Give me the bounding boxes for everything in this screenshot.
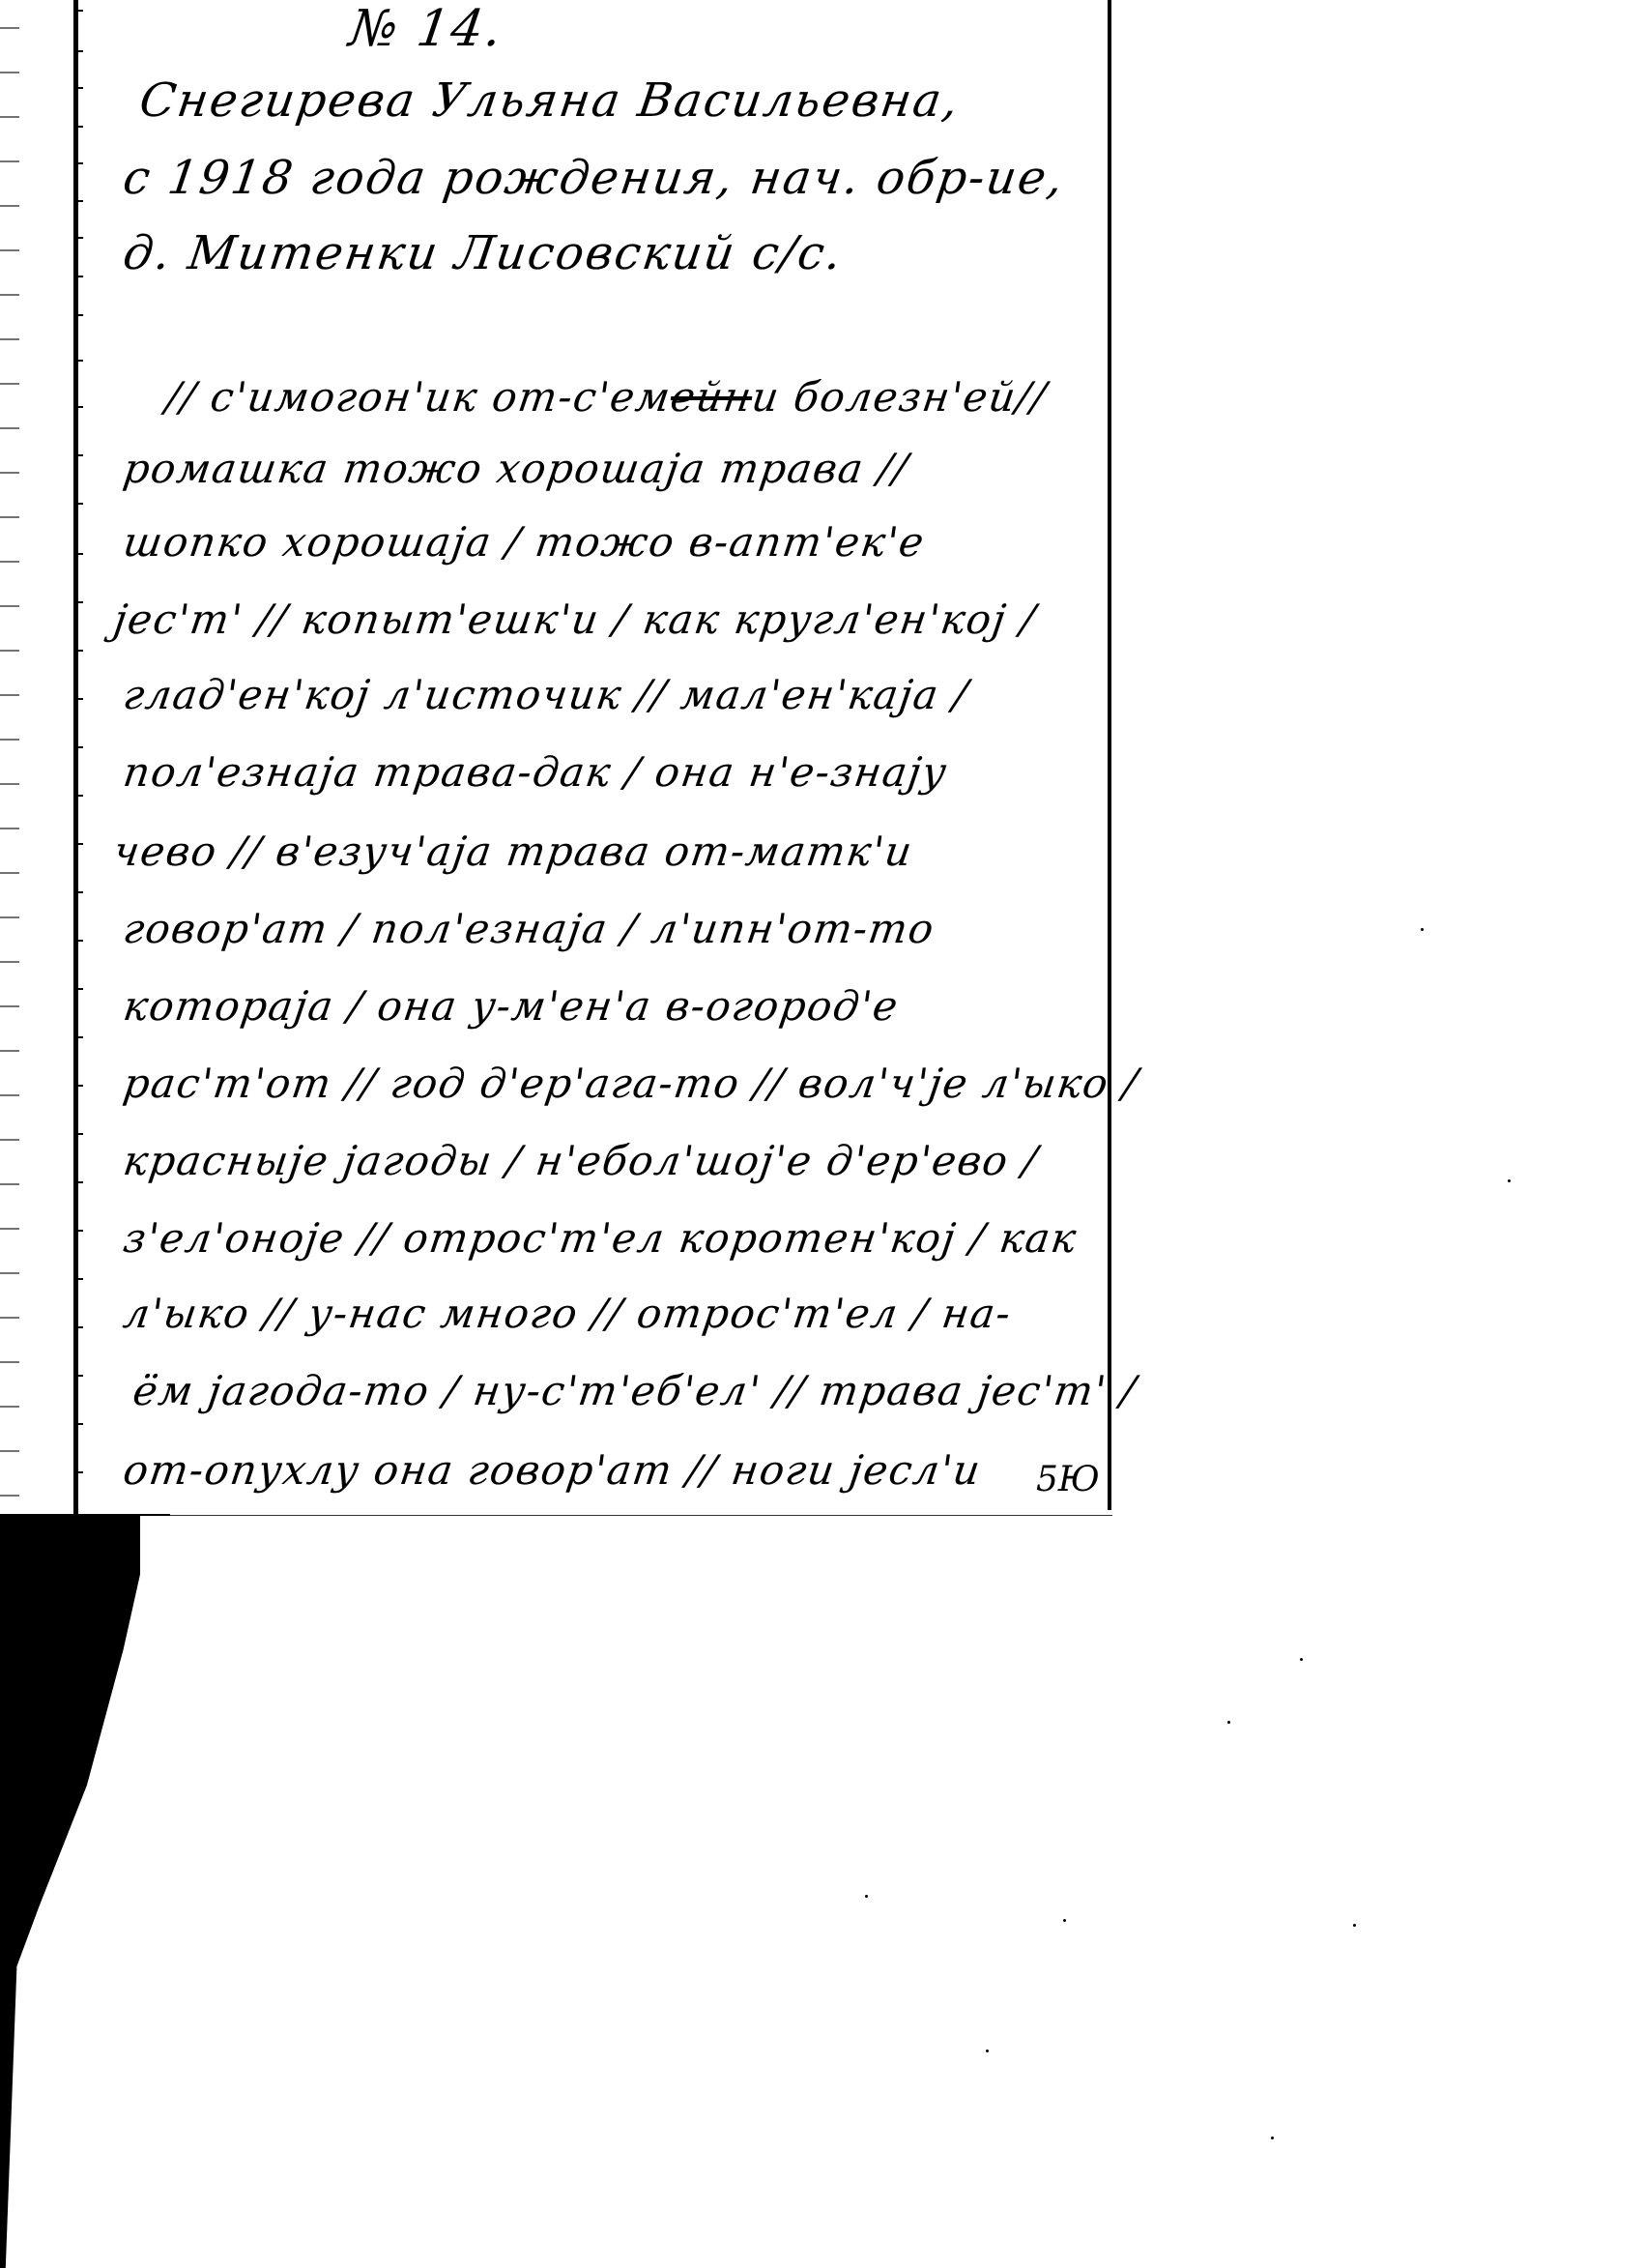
transcript-line: з'ел'оноје // отрос'т'ел коротен'кој / к… <box>121 1218 1080 1259</box>
transcript-line: ём јагода-то / ну-с'т'еб'ел' // трава је… <box>130 1371 1139 1411</box>
scan-edge-noise <box>0 0 19 1508</box>
border-tick <box>75 126 83 128</box>
border-tick <box>75 1181 83 1183</box>
border-tick <box>75 650 83 652</box>
informant-name: Снегирева Ульяна Васильевна, <box>137 77 963 124</box>
transcript-line: чево // в'езуч'аја трава от-матк'и <box>111 831 915 872</box>
border-tick <box>75 746 83 748</box>
border-tick <box>75 10 83 12</box>
border-tick <box>75 314 83 316</box>
scan-speck <box>865 1895 868 1898</box>
informant-location: д. Митенки Лисовский с/с. <box>121 230 847 276</box>
scan-speck <box>1421 928 1424 931</box>
border-tick <box>75 940 83 942</box>
transcript-line: глад'ен'кој л'источик // мал'ен'каја / <box>121 675 971 715</box>
border-tick <box>75 1085 83 1087</box>
scan-speck <box>1300 1658 1303 1661</box>
transcript-line: красныје јагоды / н'ебол'шој'е д'ер'ево … <box>121 1141 1041 1181</box>
border-tick <box>75 795 83 797</box>
archive-page-mark: 5Ю <box>1036 1460 1100 1499</box>
card-right-border <box>1108 0 1111 1510</box>
transcript-line: шопко хорошаја / тожо в-апт'ек'е <box>121 522 928 563</box>
scan-speck <box>1227 1721 1230 1724</box>
border-tick <box>75 360 83 362</box>
scan-speck <box>1271 2137 1274 2139</box>
border-tick <box>75 87 83 89</box>
informant-birth-education: с 1918 года рождения, нач. обр-ие, <box>121 155 1068 201</box>
border-tick <box>75 1278 83 1280</box>
border-tick <box>75 553 83 555</box>
border-tick <box>75 1133 83 1135</box>
transcript-line: говор'ат / пол'езнаја / л'ипн'от-то <box>121 909 937 949</box>
scan-speck <box>986 2050 989 2052</box>
scan-shadow <box>0 1514 140 2268</box>
scanned-document-page: № 14. Снегирева Ульяна Васильевна, с 191… <box>0 0 1643 2268</box>
card-bottom-edge <box>170 1515 1112 1516</box>
border-tick <box>75 988 83 990</box>
border-tick <box>75 162 83 164</box>
border-tick <box>75 1036 83 1038</box>
border-tick <box>75 891 83 893</box>
transcript-line: ромашка тожо хорошаја трава // <box>121 449 911 489</box>
border-tick <box>75 454 83 456</box>
transcript-line: јес'т' // копыт'ешк'и / как кругл'ен'кој… <box>111 599 1039 640</box>
border-tick <box>75 503 83 505</box>
border-tick <box>75 406 83 408</box>
transcript-line: пол'езнаја трава-дак / она н'е-знају <box>121 752 950 793</box>
border-tick <box>75 1375 83 1377</box>
border-tick <box>75 1326 83 1328</box>
border-tick <box>75 601 83 603</box>
transcript-line: // с'имогон'ик от-с'емейни болезн'ей// <box>163 377 1050 418</box>
crossed-out-text: ейн <box>668 373 756 421</box>
transcript-line: котораја / она у-м'ен'а в-огород'е <box>121 986 902 1027</box>
transcript-line: л'ыко // у-нас много // отрос'т'ел / на- <box>121 1294 1014 1334</box>
card-left-border <box>73 0 78 1516</box>
record-number: № 14. <box>346 4 506 54</box>
scan-speck <box>1063 1919 1066 1922</box>
scan-speck <box>1353 1924 1356 1927</box>
transcript-line: рас'т'от // год д'ер'ага-то // вол'ч'је … <box>121 1063 1141 1104</box>
border-tick <box>75 50 83 52</box>
border-tick <box>75 1230 83 1232</box>
border-tick <box>75 276 83 277</box>
border-tick <box>75 237 83 239</box>
border-tick <box>75 1471 83 1473</box>
scan-speck <box>1508 1179 1511 1182</box>
border-tick <box>75 843 83 845</box>
transcript-line: от-опухлу она говор'ат // ноги јесл'и <box>121 1450 984 1491</box>
border-tick <box>75 200 83 202</box>
border-tick <box>75 698 83 700</box>
border-tick <box>75 1423 83 1425</box>
